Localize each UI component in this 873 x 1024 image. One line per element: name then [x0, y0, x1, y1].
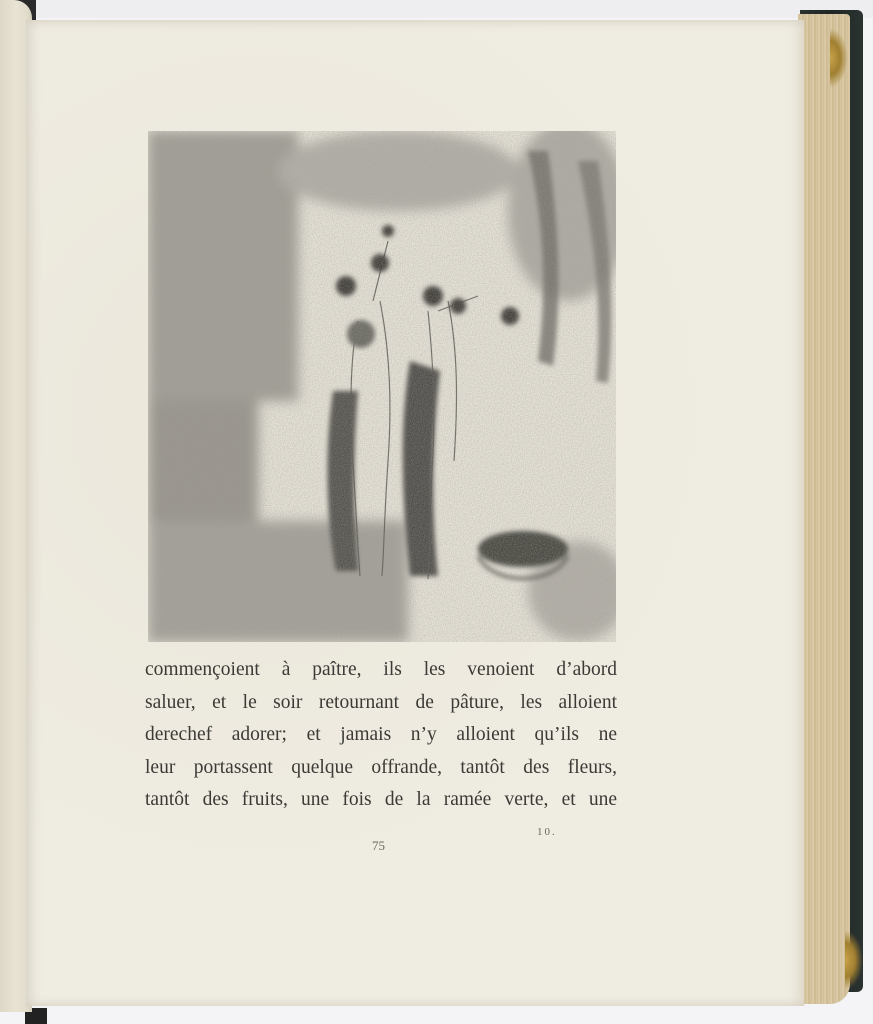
page-edges	[798, 14, 850, 1004]
text-line: tantôt des fruits, une fois de la ramée …	[145, 784, 617, 817]
text-line: leur portassent quelque offrande, tantôt…	[145, 752, 617, 785]
illustration-drawing-icon	[148, 131, 616, 642]
page-number: 75	[372, 838, 385, 854]
text-line: commençoient à paître, ils les venoient …	[145, 654, 617, 687]
text-line: derechef adorer; et jamais n’y alloient …	[145, 719, 617, 752]
lithograph-illustration	[148, 131, 616, 642]
body-text: commençoient à paître, ils les venoient …	[145, 654, 617, 817]
background	[0, 0, 873, 18]
gilt-corner-ornament-bottom-icon	[845, 930, 863, 990]
gilt-corner-ornament-top-icon	[830, 28, 848, 88]
signature-mark: 10.	[537, 826, 557, 838]
text-line: saluer, et le soir retournant de pâture,…	[145, 687, 617, 720]
